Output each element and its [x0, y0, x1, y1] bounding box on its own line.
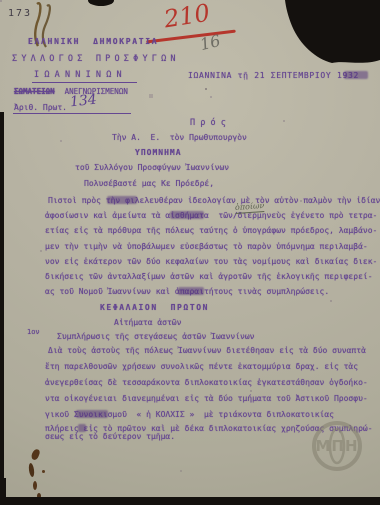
body2-line: ντα οἰκογένειαι διανεμημέναι εἰς τὰ δύο …	[45, 395, 368, 403]
protocol-label: Ἀριθ. Πρωτ.	[14, 104, 67, 112]
sender-line: τοῦ Συλλόγου Προσφύγων Ἰωαννίνων	[75, 164, 229, 172]
addressee-line: Τὴν Α. Ε. τὸν Πρωθυπουργὸν	[112, 134, 247, 142]
red-underline	[146, 30, 236, 44]
pencil-number: 16	[198, 31, 222, 54]
bottom-scan-bar	[0, 497, 380, 505]
body2-line: ἀνεγερθείσας δὲ τεσσαράκοντα διπλοκατοικ…	[45, 379, 368, 387]
body2-line: ἔτη παρελθουσῶν χρήσεων συνολικῶς πέντε …	[45, 363, 358, 371]
body2-line: σεως εἰς τὸ δεύτερον τμῆμα.	[45, 433, 175, 441]
ink-smudge-overtype	[107, 196, 137, 204]
body1-line: νον εἰς ἑκάτερον τῶν δύο κεφαλαίων του τ…	[45, 258, 377, 266]
chapter-subheading: Αἰτήματα ἀστῶν	[114, 319, 181, 327]
body1-line: μεν τὴν τιμὴν νὰ ὑποβάλωμεν εὐσεβάστως τ…	[45, 243, 368, 251]
body1-line: ἀφοσίωσιν καὶ ἀμείωτα τὰ αἰσθήματα τῶν/δ…	[45, 212, 377, 220]
svg-text:ε: ε	[342, 422, 346, 431]
chapter-heading: ΚΕΦΑΛΑΙΟΝ ΠΡΩΤΟΝ	[100, 304, 209, 312]
corner-burn-blob	[280, 0, 380, 70]
item-number: 1ον	[27, 329, 40, 336]
protocol-row: Ἀριθ. Πρωτ. 134	[13, 99, 131, 114]
body1-line: Πιστοὶ πρὸς τὴν φιλελευθέραν ἰδεολογίαν …	[48, 197, 380, 205]
ink-smudge-overtype	[76, 410, 108, 418]
dateline: ΙΩΑΝΝΙΝΑ τῇ 21 ΣΕΠΤΕΜΒΡΙΟΥ 1932	[188, 72, 359, 80]
letterhead-status-struck-word: ΣΩΜΑΤΕΙΩΝ	[14, 87, 55, 96]
doc-type-title: ΥΠΟΜΝΗΜΑ	[135, 149, 182, 157]
ink-smudge-overtype	[170, 211, 204, 219]
interline-correction: ὁποίων	[235, 201, 265, 214]
top-edge-blot	[88, 0, 114, 6]
watermark-letters: ΜΠΗ	[315, 437, 358, 455]
paper-speckles	[0, 0, 2, 2]
letterhead-org: ΣΥΛΛΟΓΟΣ ΠΡΟΣΦΥΓΩΝ	[12, 55, 180, 64]
ink-smudge-overtype	[78, 424, 86, 432]
body1-line: ετίας εἰς τὰ πρόθυρα τῆς πόλεως ταύτης ὁ…	[45, 227, 377, 235]
body2-line: Διὰ τοὺς ἀστοὺς τῆς πόλεως Ἰωαννίνων διε…	[48, 347, 366, 355]
letterhead-org-place: ΙΩΑΝΝΙΝΩΝ	[32, 71, 137, 83]
ink-smudge-year	[344, 71, 368, 79]
left-edge-scan-bar	[0, 112, 4, 505]
protocol-number: 134	[69, 92, 97, 111]
address-to-label: Π ρ ό ς	[190, 119, 226, 128]
archive-watermark-stamp: ΜΠΗ ε	[306, 417, 368, 475]
item-title: Συμπλήρωσις τῆς στεγάσεως ἀστῶν Ἰωαννίνω…	[57, 333, 254, 341]
red-number: 210	[162, 0, 212, 33]
body1-line: δικήσεις τῶν ἀνταλλαξίμων ἀστῶν καὶ ἀγρο…	[45, 273, 373, 281]
scanned-document-page: 173 210 16 ΕΛΛΗΝΙΚΗ ΔΗΜΟΚΡΑΤΙΑ ΣΥΛΛΟΓΟΣ …	[0, 0, 380, 505]
ink-smudge-overtype	[178, 287, 204, 295]
letterhead-state: ΕΛΛΗΝΙΚΗ ΔΗΜΟΚΡΑΤΙΑ	[28, 38, 158, 46]
salutation: Πολυσέβαστέ μας Κε Πρόεδρέ,	[84, 180, 214, 188]
